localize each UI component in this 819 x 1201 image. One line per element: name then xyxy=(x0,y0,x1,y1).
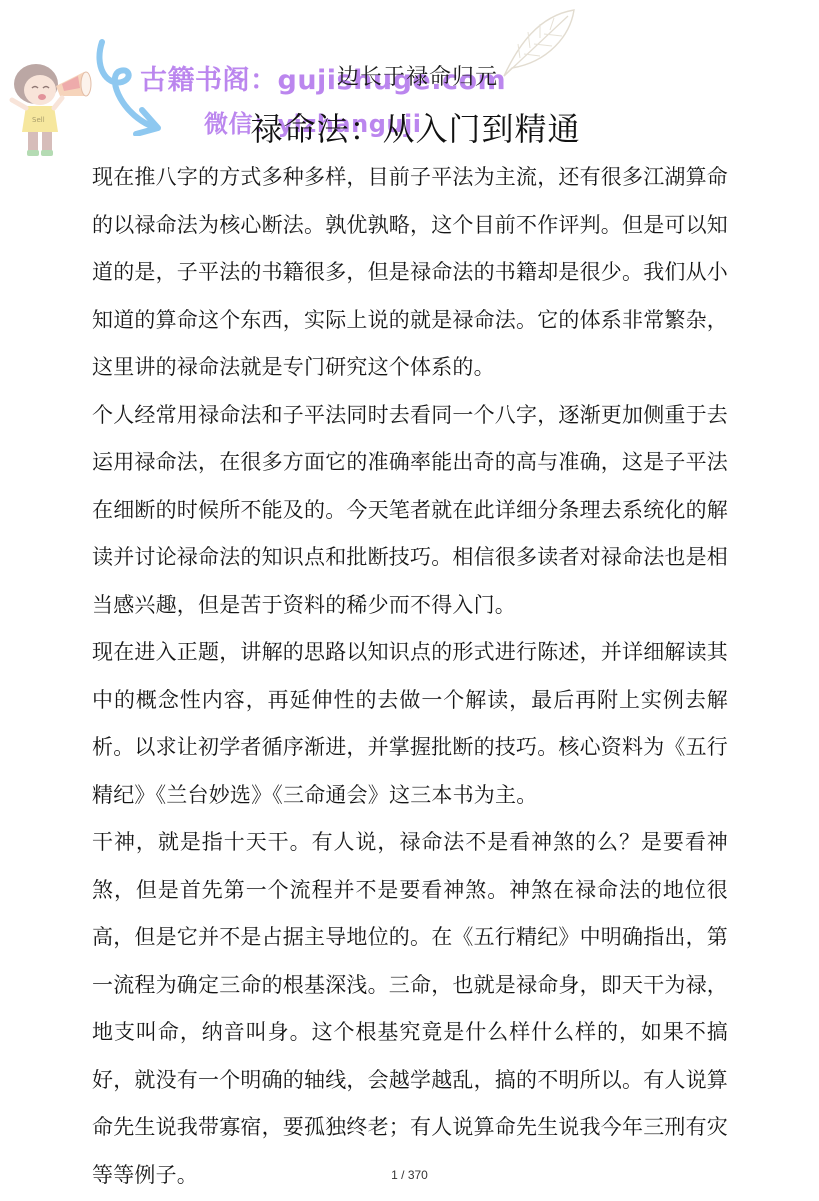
page-indicator: 1 / 370 xyxy=(0,1168,819,1182)
paragraph: 个人经常用禄命法和子平法同时去看同一个八字，逐渐更加侧重于去运用禄命法，在很多方… xyxy=(92,392,728,630)
document-body: 现在推八字的方式多种多样，目前子平法为主流，还有很多江湖算命的以禄命法为核心断法… xyxy=(92,154,728,1199)
document-subtitle: 边长于禄命归元 xyxy=(0,60,819,91)
document-title: 禄命法：从入门到精通 xyxy=(0,104,819,150)
paragraph: 现在进入正题，讲解的思路以知识点的形式进行陈述，并详细解读其中的概念性内容，再延… xyxy=(92,629,728,819)
paragraph: 干神，就是指十天干。有人说，禄命法不是看神煞的么？是要看神煞，但是首先第一个流程… xyxy=(92,819,728,1199)
paragraph: 现在推八字的方式多种多样，目前子平法为主流，还有很多江湖算命的以禄命法为核心断法… xyxy=(92,154,728,392)
document-page: Sell 古籍书阁：gujishuge.com 微信：yizhanguji 边长… xyxy=(0,0,819,1201)
